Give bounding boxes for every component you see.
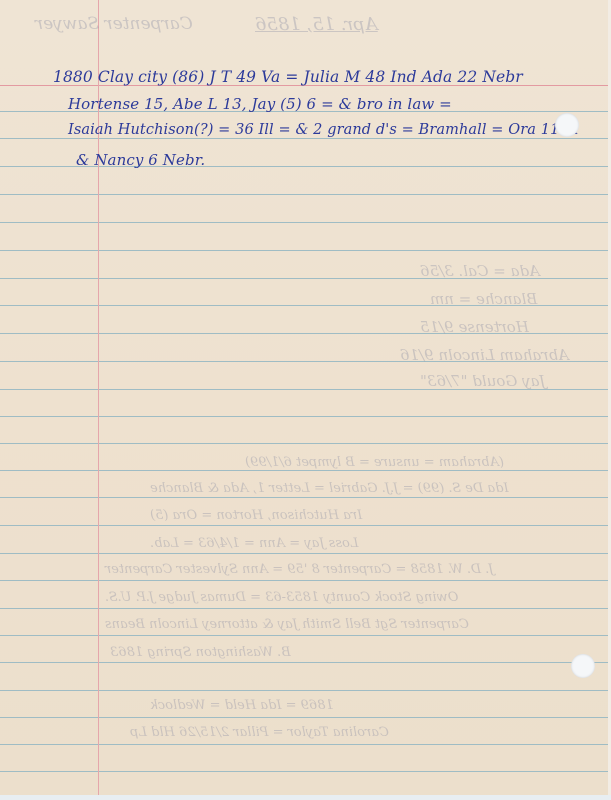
rule-line <box>0 608 608 609</box>
rule-line <box>0 580 608 581</box>
handwritten-line-4: & Nancy 6 Nebr. <box>76 151 205 169</box>
handwritten-line-2: Hortense 15, Abe L 13, Jay (5) 6 = & bro… <box>68 95 452 113</box>
rule-line <box>0 717 608 718</box>
bleed-through-text: Ida De S. (99) = J.J. Gabriel = Letter 1… <box>150 481 509 496</box>
bleed-through-text: Carpenter Sawyer <box>35 14 193 34</box>
handwritten-line-3: Isaiah Hutchison(?) = 36 Ill = & 2 grand… <box>68 122 579 138</box>
bleed-through-text: Owing Stock County 1853-63 = Dumas Judge… <box>105 590 458 605</box>
bleed-through-text: B. Washington Spring 1863 <box>110 645 291 660</box>
rule-line <box>0 305 608 306</box>
rule-line <box>0 443 608 444</box>
rule-line <box>0 138 608 139</box>
bleed-through-text: J. D. W. 1858 = Carpenter 8 '59 = Ann Sy… <box>105 562 494 577</box>
rule-line <box>0 525 608 526</box>
rule-line <box>0 553 608 554</box>
rule-line <box>0 278 608 279</box>
handwritten-line-1: 1880 Clay city (86) J T 49 Va = Julia M … <box>53 68 523 86</box>
rule-line <box>0 690 608 691</box>
punch-hole-bottom <box>571 654 595 678</box>
margin-line <box>98 0 99 795</box>
rule-line <box>0 662 608 663</box>
bleed-through-text: Ira Hutchison, Horton = Ora (5) <box>150 508 362 523</box>
rule-line <box>0 361 608 362</box>
bleed-through-text: Loss Jay = Ann = 1/4/63 = Lab. <box>150 536 359 551</box>
bleed-through-text: Apr. 15, 1856 <box>255 14 378 35</box>
rule-line <box>0 744 608 745</box>
rule-line <box>0 470 608 471</box>
rule-line <box>0 771 608 772</box>
bleed-through-text: Carolina Taylor = Pillar 2/15/26 Hld Lp <box>130 725 389 740</box>
rule-line <box>0 194 608 195</box>
rule-line <box>0 389 608 390</box>
bleed-through-text: Jay Gould "7/63" <box>420 372 546 390</box>
punch-hole-top <box>555 113 579 137</box>
bleed-through-text: Carpenter Sgt Bell Smith Jay & attorney … <box>105 617 469 632</box>
rule-line <box>0 222 608 223</box>
rule-line <box>0 497 608 498</box>
rule-line <box>0 635 608 636</box>
page-edge-bottom <box>0 795 611 800</box>
rule-line <box>0 416 608 417</box>
bleed-through-text: 1869 = Ida Held = Wedlock <box>150 698 334 713</box>
rule-line <box>0 250 608 251</box>
bleed-through-text: (Abraham = unsure = B lympet 6/1/99) <box>245 455 504 470</box>
notebook-page: Carpenter Sawyer Apr. 15, 1856 Ada = Cal… <box>0 0 608 795</box>
rule-line <box>0 333 608 334</box>
